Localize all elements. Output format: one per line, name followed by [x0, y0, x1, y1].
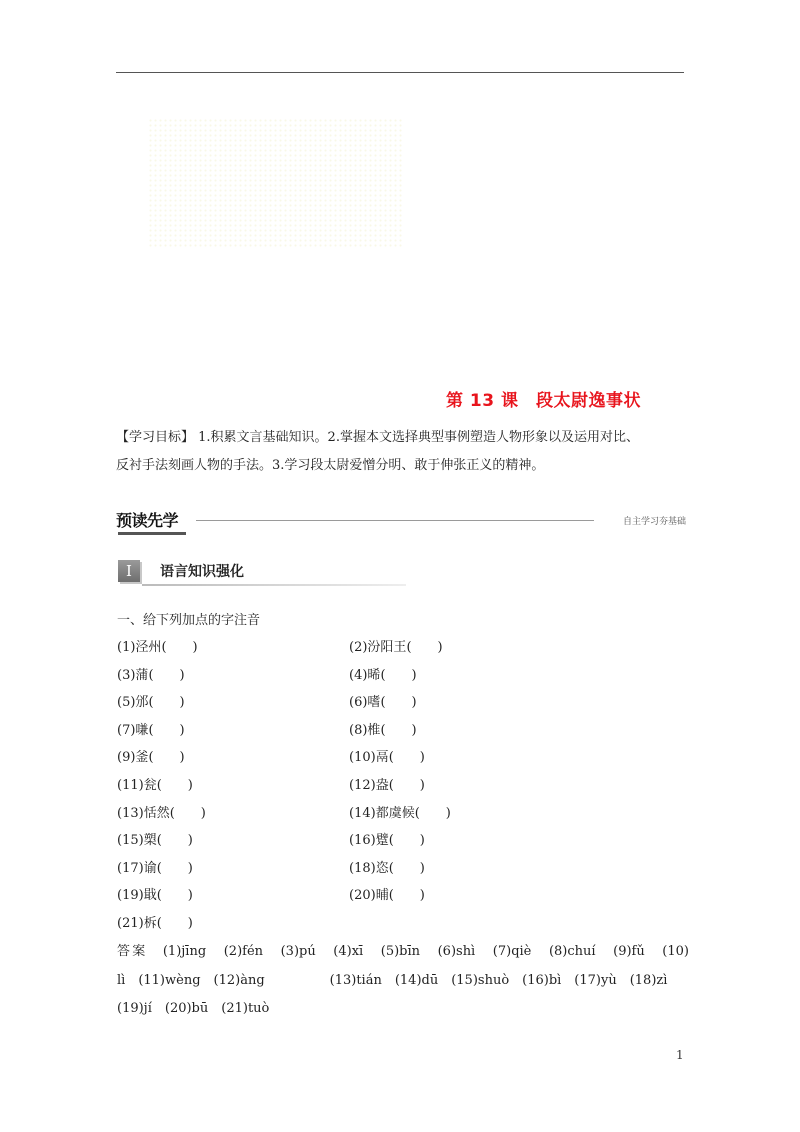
exercise-item: (1)泾州( ) — [117, 634, 349, 662]
exercise-item: (8)椎( ) — [349, 717, 581, 745]
exercise-item: (2)汾阳王( ) — [349, 634, 581, 662]
learning-goals: 【学习目标】 1.积累文言基础知识。2.掌握本文选择典型事例塑造人物形象以及运用… — [116, 424, 684, 480]
exercise-item: (10)鬲( ) — [349, 744, 581, 772]
exercise-title: 一、给下列加点的字注音 — [117, 608, 687, 634]
goals-line-2: 反衬手法刻画人物的手法。3.学习段太尉爱憎分明、敢于伸张正义的精神。 — [116, 452, 684, 480]
exercise-item: (20)晡( ) — [349, 882, 581, 910]
goals-label: 【学习目标】 — [116, 430, 194, 445]
section-divider — [196, 520, 594, 521]
exercise-item: (14)都虞候( ) — [349, 800, 581, 828]
goals-line-1: 【学习目标】 1.积累文言基础知识。2.掌握本文选择典型事例塑造人物形象以及运用… — [116, 424, 684, 452]
goals-text-1: 1.积累文言基础知识。2.掌握本文选择典型事例塑造人物形象以及运用对比、 — [194, 430, 639, 445]
roman-numeral-badge: I — [118, 560, 140, 582]
section-title-underline — [118, 532, 186, 535]
exercise-item: (18)恣( ) — [349, 855, 581, 883]
exercise-item: (9)釜( ) — [117, 744, 349, 772]
pinyin-exercise: 一、给下列加点的字注音 (1)泾州( ) (2)汾阳王( ) (3)蒲( ) (… — [117, 608, 687, 938]
exercise-item: (12)盎( ) — [349, 772, 581, 800]
subsection-underline — [142, 584, 406, 586]
exercise-item: (5)邠( ) — [117, 689, 349, 717]
exercise-item: (13)恬然( ) — [117, 800, 349, 828]
exercise-item: (6)嗜( ) — [349, 689, 581, 717]
answer-line-3: (19)jí (20)bū (21)tuò — [117, 995, 689, 1024]
exercise-item: (19)戢( ) — [117, 882, 349, 910]
exercise-item: (4)晞( ) — [349, 662, 581, 690]
exercise-items: (1)泾州( ) (2)汾阳王( ) (3)蒲( ) (4)晞( ) (5)邠(… — [117, 634, 687, 938]
section-title: 预读先学 — [116, 508, 178, 531]
lesson-title: 第 13 课 段太尉逸事状 — [446, 386, 641, 411]
header-rule — [116, 72, 684, 73]
subsection-label: 语言知识强化 — [160, 561, 244, 581]
subsection-header: I 语言知识强化 — [116, 558, 406, 588]
page-number: 1 — [676, 1048, 684, 1062]
answer-line-1: 答案 (1)jīng (2)fén (3)pú (4)xī (5)bīn (6)… — [117, 938, 689, 967]
answer-block: 答案 (1)jīng (2)fén (3)pú (4)xī (5)bīn (6)… — [117, 938, 689, 1024]
exercise-item: (17)谕( ) — [117, 855, 349, 883]
exercise-item: (15)槊( ) — [117, 827, 349, 855]
section-subtitle: 自主学习夯基础 — [623, 514, 686, 527]
exercise-item: (21)柝( ) — [117, 910, 349, 938]
exercise-item: (16)躄( ) — [349, 827, 581, 855]
exercise-item: (11)瓮( ) — [117, 772, 349, 800]
exercise-item: (7)嗛( ) — [117, 717, 349, 745]
exercise-item: (3)蒲( ) — [117, 662, 349, 690]
section-header-preview: 预读先学 自主学习夯基础 — [116, 508, 686, 534]
answer-line-2: lì (11)wèng (12)àng (13)tián (14)dū (15)… — [117, 967, 689, 996]
faint-watermark — [148, 118, 403, 248]
